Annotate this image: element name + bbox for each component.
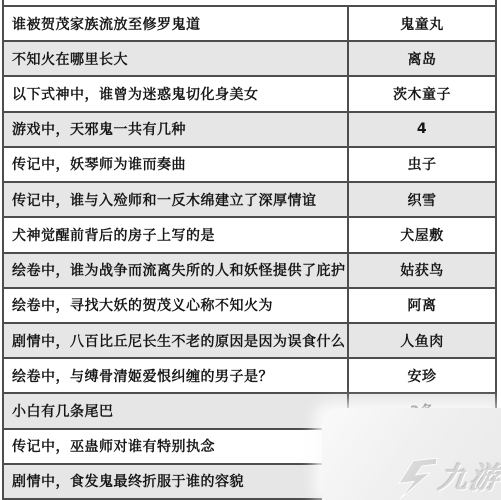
table-row: 游戏中，天邪鬼一共有几种4 [4,113,495,148]
answer-cell: 姑获鸟 [347,254,495,287]
question-cell: 传记中，谁与入殓师和一反木绵建立了深厚情谊 [4,183,347,216]
table-row: 不知火在哪里长大离岛 [4,42,495,77]
answer-cell: 茨木童子 [347,77,495,110]
table-row: 以下式神中，谁曾为迷惑鬼切化身美女茨木童子 [4,77,495,112]
question-cell: 犬神觉醒前背后的房子上写的是 [4,218,347,251]
table-row: 绘卷中，寻找大妖的贺茂义心称不知火为阿离 [4,289,495,324]
table-row: 绘卷中，与缚骨清姬爱恨纠缠的男子是？安珍 [4,359,495,394]
question-cell: 游戏中，天邪鬼一共有几种 [4,113,347,146]
question-cell: 传记中，巫蛊师对谁有特别执念 [4,430,347,463]
answer-cell: 犬屋敷 [347,218,495,251]
watermark-overlay: 九游 [322,408,501,500]
question-cell: 剧情中，八百比丘尼长生不老的原因是因为误食什么 [4,324,347,357]
question-cell: 以下式神中，谁曾为迷惑鬼切化身美女 [4,77,347,110]
answer-cell: 鬼童丸 [347,7,495,40]
table-row: 剧情中，八百比丘尼长生不老的原因是因为误食什么人鱼肉 [4,324,495,359]
answer-cell: 安珍 [347,359,495,392]
answer-cell: 人鱼肉 [347,324,495,357]
table-row: 犬神觉醒前背后的房子上写的是犬屋敷 [4,218,495,253]
page: 谁被贺茂家族流放至修罗鬼道鬼童丸不知火在哪里长大离岛以下式神中，谁曾为迷惑鬼切化… [0,0,501,500]
brand-name: 九游 [437,464,501,493]
question-cell: 绘卷中，谁为战争而流离失所的人和妖怪提供了庇护 [4,254,347,287]
jiuyou-watermark: 九游 [395,456,501,500]
question-cell: 传记中，妖琴师为谁而奏曲 [4,148,347,181]
answer-cell: 织雪 [347,183,495,216]
answer-cell: 虫子 [347,148,495,181]
answer-cell: 阿离 [347,289,495,322]
question-cell: 小白有几条尾巴 [4,394,347,427]
table-row: 绘卷中，谁为战争而流离失所的人和妖怪提供了庇护姑获鸟 [4,254,495,289]
table-row: 传记中，妖琴师为谁而奏曲虫子 [4,148,495,183]
question-cell: 剧情中，食发鬼最终折服于谁的容貌 [4,465,347,498]
question-cell: 绘卷中，寻找大妖的贺茂义心称不知火为 [4,289,347,322]
answer-cell: 4 [347,113,495,146]
jiuyou-9-logo-icon [395,456,439,500]
question-cell: 不知火在哪里长大 [4,42,347,75]
table-row: 谁被贺茂家族流放至修罗鬼道鬼童丸 [4,7,495,42]
question-cell: 绘卷中，与缚骨清姬爱恨纠缠的男子是？ [4,359,347,392]
answer-cell: 离岛 [347,42,495,75]
table-row: 传记中，谁与入殓师和一反木绵建立了深厚情谊织雪 [4,183,495,218]
question-cell: 谁被贺茂家族流放至修罗鬼道 [4,7,347,40]
partial-row-top [4,0,495,7]
